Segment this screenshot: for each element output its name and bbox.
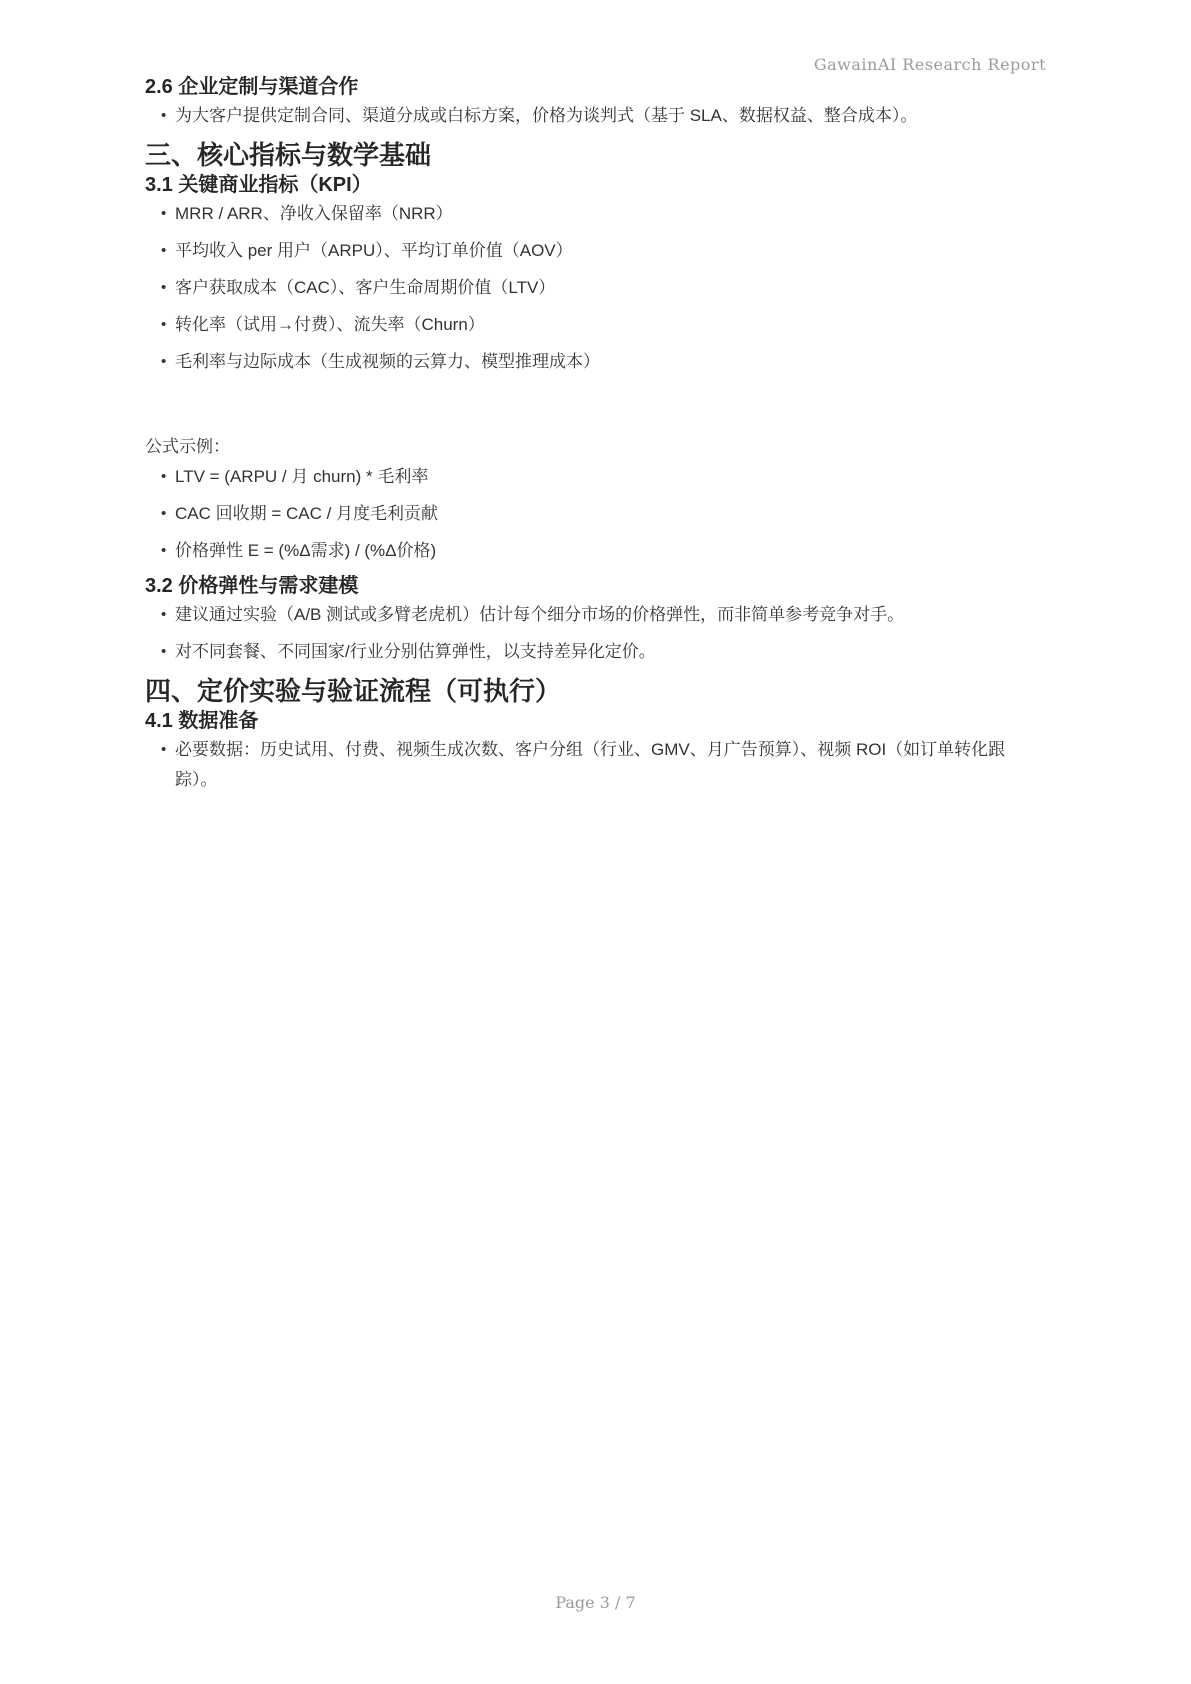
bullet-item: 为大客户提供定制合同、渠道分成或白标方案，价格为谈判式（基于 SLA、数据权益、… (161, 101, 1046, 131)
section-heading-3: 三、核心指标与数学基础 (145, 138, 1046, 172)
bullet-item: 价格弹性 E = (%Δ需求) / (%Δ价格) (161, 536, 1046, 566)
page-content: GawainAI Research Report 2.6 企业定制与渠道合作 为… (0, 0, 1191, 795)
bullet-list-3-2: 建议通过实验（A/B 测试或多臂老虎机）估计每个细分市场的价格弹性，而非简单参考… (145, 600, 1046, 667)
bullet-item: 毛利率与边际成本（生成视频的云算力、模型推理成本） (161, 347, 1046, 377)
section-heading-3-2: 3.2 价格弹性与需求建模 (145, 573, 1046, 600)
bullet-item: 对不同套餐、不同国家/行业分别估算弹性，以支持差异化定价。 (161, 637, 1046, 667)
section-heading-4: 四、定价实验与验证流程（可执行） (145, 674, 1046, 708)
bullet-list-formula: LTV = (ARPU / 月 churn) * 毛利率 CAC 回收期 = C… (145, 462, 1046, 566)
report-page: GawainAI Research Report 2.6 企业定制与渠道合作 为… (0, 0, 1191, 1684)
bullet-list-3-1: MRR / ARR、净收入保留率（NRR） 平均收入 per 用户（ARPU）、… (145, 199, 1046, 377)
bullet-item: MRR / ARR、净收入保留率（NRR） (161, 199, 1046, 229)
section-heading-4-1: 4.1 数据准备 (145, 708, 1046, 735)
bullet-item: 平均收入 per 用户（ARPU）、平均订单价值（AOV） (161, 236, 1046, 266)
bullet-item: 必要数据：历史试用、付费、视频生成次数、客户分组（行业、GMV、月广告预算）、视… (161, 735, 1046, 795)
section-heading-2-6: 2.6 企业定制与渠道合作 (145, 74, 1046, 101)
page-number-label: Page 3 / 7 (0, 1593, 1191, 1612)
bullet-item: 建议通过实验（A/B 测试或多臂老虎机）估计每个细分市场的价格弹性，而非简单参考… (161, 600, 1046, 630)
bullet-item: CAC 回收期 = CAC / 月度毛利贡献 (161, 499, 1046, 529)
formula-intro-label: 公式示例： (145, 432, 1046, 462)
bullet-list-2-6: 为大客户提供定制合同、渠道分成或白标方案，价格为谈判式（基于 SLA、数据权益、… (145, 101, 1046, 131)
bullet-item: 客户获取成本（CAC）、客户生命周期价值（LTV） (161, 273, 1046, 303)
section-heading-3-1: 3.1 关键商业指标（KPI） (145, 172, 1046, 199)
report-header-title: GawainAI Research Report (145, 0, 1046, 74)
bullet-item: 转化率（试用→付费）、流失率（Churn） (161, 310, 1046, 340)
bullet-list-4-1: 必要数据：历史试用、付费、视频生成次数、客户分组（行业、GMV、月广告预算）、视… (145, 735, 1046, 795)
bullet-item: LTV = (ARPU / 月 churn) * 毛利率 (161, 462, 1046, 492)
